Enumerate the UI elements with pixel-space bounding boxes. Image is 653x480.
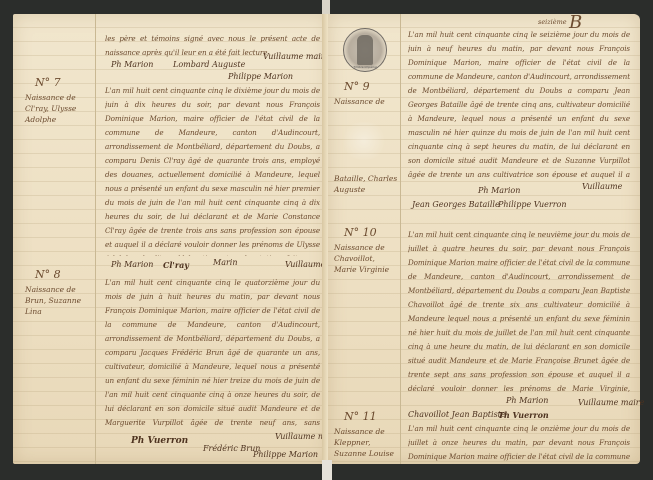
margin-rule <box>400 14 401 464</box>
signature: Ph Marion <box>111 60 153 69</box>
act-text: L'an mil huit cent cinquante cinq le neu… <box>408 228 630 396</box>
signature: Philippe Marion <box>228 72 293 81</box>
margin-rule <box>95 14 96 464</box>
act-text: L'an mil huit cent cinquante cinq le sei… <box>408 28 630 182</box>
signature: Vuillaume <box>582 182 622 191</box>
signature: Vuillaume maire <box>263 52 329 61</box>
stamp-label: Timbre impérial <box>344 65 386 69</box>
margin-title: Naissance de <box>334 243 385 252</box>
signature: Philippe Marion <box>253 450 318 459</box>
signature: Vuillaume <box>285 260 325 269</box>
act-margin: N° 9 Naissance de Bataille, Charles Augu… <box>334 80 398 195</box>
margin-title: Naissance de <box>334 427 385 436</box>
act-number: N° 8 <box>25 268 93 282</box>
margin-name: Brun, Suzanne Lina <box>25 296 81 316</box>
act-number: N° 10 <box>334 226 398 240</box>
signature: Philippe Vuerron <box>498 200 567 209</box>
signature: Ph Marion <box>111 260 153 269</box>
act-number: N° 11 <box>334 410 398 424</box>
signature: Jean Georges Bataille <box>412 200 500 209</box>
signature: Frédéric Brun <box>203 444 260 453</box>
act-margin: N° 8 Naissance de Brun, Suzanne Lina <box>25 268 93 317</box>
act-text: L'an mil huit cent cinquante cinq le qua… <box>105 276 320 430</box>
top-note: seizième <box>538 18 567 26</box>
signature: Marin <box>213 258 238 267</box>
signature: Ph Marion <box>506 396 548 405</box>
fiscal-stamp-icon: Timbre impérial <box>343 28 387 72</box>
binding-clip-bottom <box>322 460 332 480</box>
signature: Vuillaume maire <box>578 398 644 407</box>
margin-name: Cl'ray, Ulysse Adolphe <box>25 104 76 124</box>
left-page: les père et témoins signé avec nous le p… <box>13 14 328 464</box>
margin-name: Bataille, Charles Auguste <box>334 174 397 194</box>
act-margin: N° 7 Naissance de Cl'ray, Ulysse Adolphe <box>25 76 93 125</box>
act-number: N° 7 <box>25 76 93 90</box>
act-text: L'an mil huit cent cinquante cinq le dix… <box>105 84 320 256</box>
margin-name: Kleppner, Suzanne Louise <box>334 438 394 458</box>
margin-title: Naissance de <box>25 285 76 294</box>
act-margin: N° 11 Naissance de Kleppner, Suzanne Lou… <box>334 410 398 459</box>
margin-title: Naissance de <box>334 97 385 106</box>
signature: Chavoillot Jean Baptiste <box>408 410 506 419</box>
margin-name: Chavoillot, Marie Virginie <box>334 254 389 274</box>
signature: Cl'ray <box>163 260 189 270</box>
signature: Lombard Auguste <box>173 60 245 69</box>
signature: Ph Vuerron <box>131 436 188 446</box>
act-number: N° 9 <box>334 80 398 94</box>
act-text: L'an mil huit cent cinquante cinq le onz… <box>408 422 630 464</box>
signature: Ph Marion <box>478 186 520 195</box>
margin-title: Naissance de <box>25 93 76 102</box>
right-page: Timbre impérial seizième B N° 9 Naissanc… <box>328 14 640 464</box>
signature: Th Vuerron <box>498 410 549 420</box>
stamp-figure <box>357 35 373 65</box>
act-margin: N° 10 Naissance de Chavoillot, Marie Vir… <box>334 226 398 275</box>
